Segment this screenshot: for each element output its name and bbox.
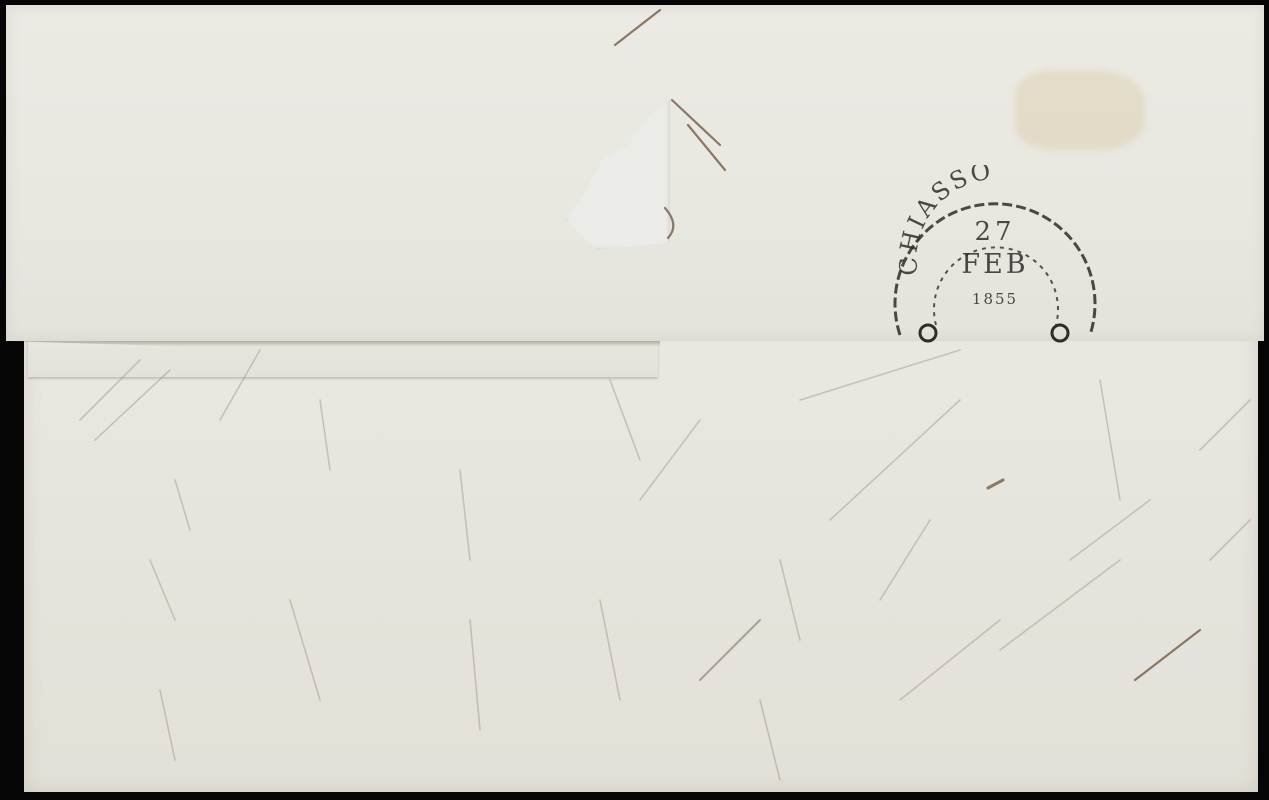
ink-strokes [0, 0, 1269, 800]
postmark-day: 27 [888, 217, 1102, 247]
scanned-letter-image: CHIASSO 27 FEB 1855 [0, 0, 1269, 800]
postmark-month: FEB [888, 249, 1102, 280]
postmark-year: 1855 [888, 290, 1102, 308]
chiasso-postmark: CHIASSO 27 FEB 1855 [888, 165, 1102, 345]
